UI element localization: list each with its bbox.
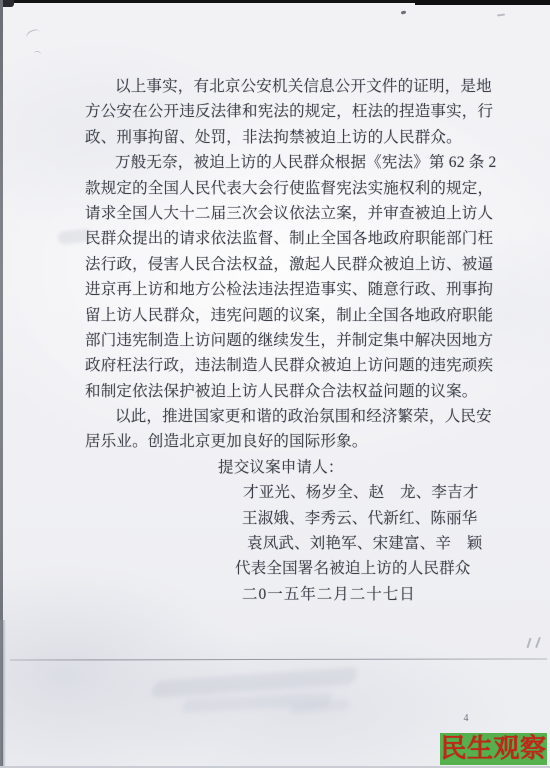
fold-crease-line <box>10 658 547 660</box>
pencil-mark <box>33 50 41 57</box>
page-number: 4 <box>459 713 473 724</box>
document-date: 二0一五年二月二十七日 <box>242 582 515 607</box>
document-line: 政府枉法行政，违法制造人民群众被迫上访问题的违宪顽疾 <box>85 353 515 378</box>
signature-names-row: 王淑娥、李秀云、代新红、陈丽华 <box>242 506 515 531</box>
document-line: 方公安在公开违反法律和宪法的规定，枉法的捏造事实，行 <box>85 99 515 124</box>
document-line: 款规定的全国人民代表大会行使监督宪法实施权利的规定， <box>85 176 515 201</box>
signature-names-row: 才亚光、杨岁全、赵 龙、李吉才 <box>243 480 515 505</box>
document-line: 以上事实，有北京公安机关信息公开文件的证明，是地 <box>85 74 515 99</box>
document-line: 留上访人民群众，违宪问题的议案，制止全国各地政府职能 <box>85 303 515 328</box>
document-line: 以此，推进国家更和谐的政治氛围和经济繁荣，人民安 <box>85 404 515 429</box>
document-line: 进京再上访和地方公检法违法捏造事实、随意行政、刑事拘 <box>85 277 515 302</box>
document-line: 民群众提出的请求依法监督、制止全国各地政府职能部门枉 <box>85 226 515 251</box>
minsheng-guancha-watermark: 民生观察 <box>440 733 547 765</box>
scan-edge-top-right <box>415 0 550 5</box>
document-line: 部门违宪制造上访问题的继续发生，并制定集中解决因地方 <box>85 328 515 353</box>
document-line: 居乐业。创造北京更加良好的国际形象。 <box>85 429 515 454</box>
document-text-block: 以上事实，有北京公安机关信息公开文件的证明，是地 方公安在公开违反法律和宪法的规… <box>85 74 515 607</box>
document-line: 万般无奈，被迫上访的人民群众根据《宪法》第 62 条 2 <box>85 150 515 175</box>
ink-speck <box>497 13 505 16</box>
document-line: 请求全国人大十二届三次会议依法立案，并审查被迫上访人 <box>85 201 515 226</box>
ink-speck <box>401 10 407 14</box>
pencil-mark <box>25 27 43 42</box>
document-line: 和制定依法保护被迫上访人民群众合法权益问题的议案。 <box>85 379 515 404</box>
document-line: 政、刑事拘留、处罚，非法拘禁被迫上访的人民群众。 <box>85 125 515 150</box>
signature-attribution: 代表全国署名被迫上访的人民群众 <box>235 556 515 581</box>
signature-heading: 提交议案申请人： <box>218 455 515 480</box>
scanned-document-page: 以上事实，有北京公安机关信息公开文件的证明，是地 方公安在公开违反法律和宪法的规… <box>0 0 550 768</box>
document-line: 法行政，侵害人民合法权益，激起人民群众被迫上访、被逼 <box>85 252 515 277</box>
pencil-mark <box>535 637 541 648</box>
signature-names-row: 袁凤武、刘艳军、宋建富、辛 颖 <box>247 531 515 556</box>
pencil-mark <box>527 638 532 648</box>
scan-edge-left-bottom <box>0 620 6 768</box>
